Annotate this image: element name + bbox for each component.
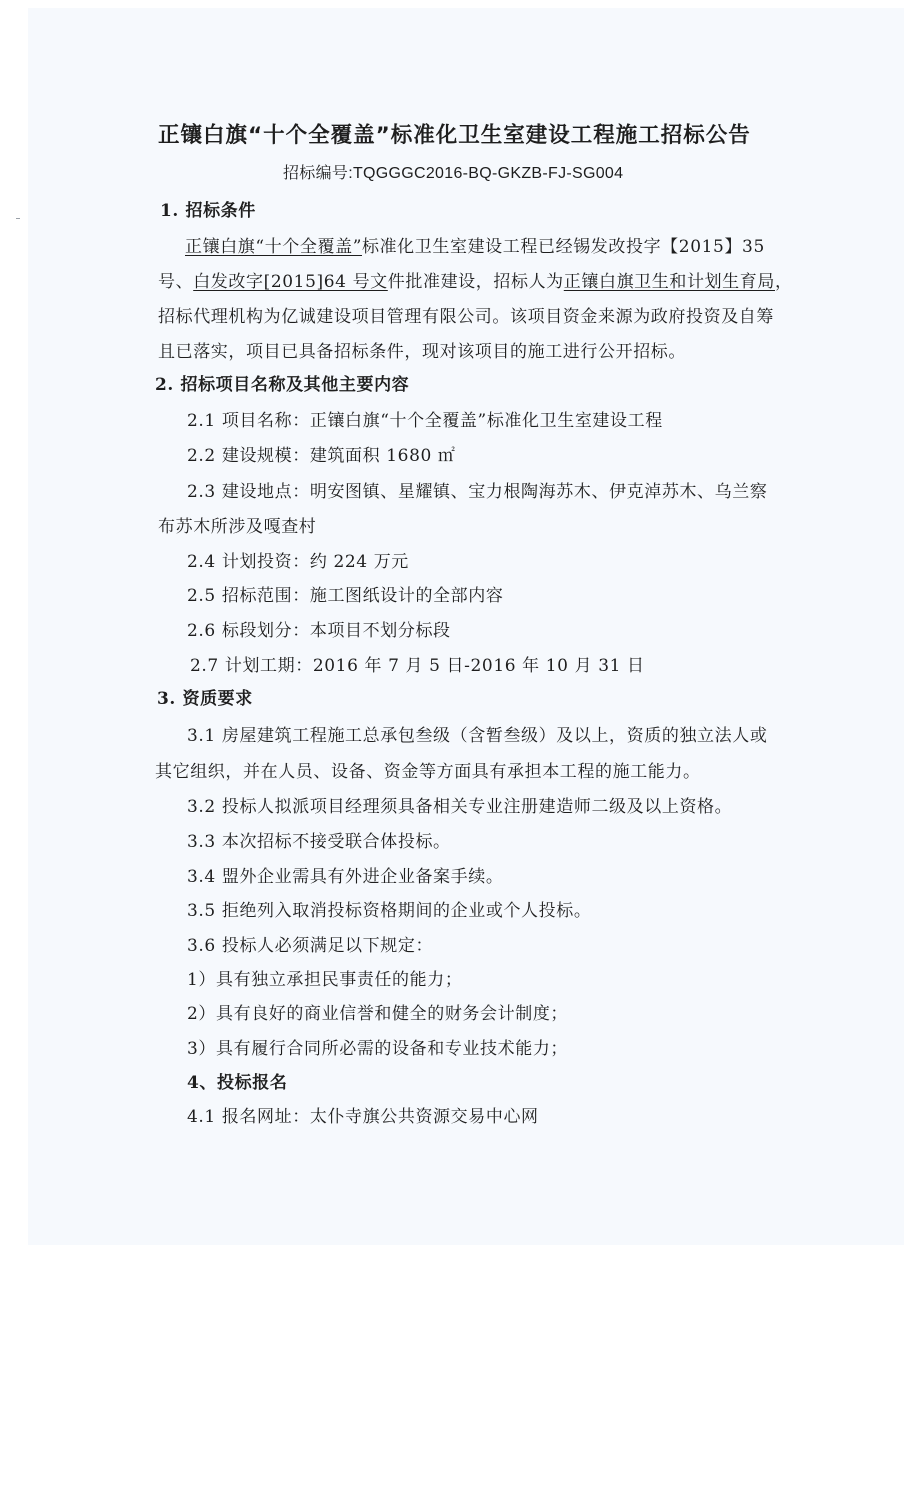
item-2-1: 2.1 项目名称：正镶白旗“十个全覆盖”标准化卫生室建设工程 <box>187 411 663 431</box>
item-2-6: 2.6 标段划分：本项目不划分标段 <box>187 621 451 641</box>
item-3-6-rule-2: 2）具有良好的商业信誉和健全的财务会计制度； <box>187 1004 568 1024</box>
approval-reference-text: 标准化卫生室建设工程已经锡发改投字【2015】35 <box>362 237 765 257</box>
section-1-paragraph-line-2: 号、白发改字[2015]64 号文件批准建设，招标人为正镶白旗卫生和计划生育局， <box>158 272 793 292</box>
section-2-heading: 2. 招标项目名称及其他主要内容 <box>155 375 409 395</box>
tender-announcement-document: 正镶白旗“十个全覆盖”标准化卫生室建设工程施工招标公告 招标编号:TQGGGC2… <box>0 0 910 1500</box>
text-fragment: ， <box>775 272 793 292</box>
tender-number: 招标编号:TQGGGC2016-BQ-GKZB-FJ-SG004 <box>283 164 623 184</box>
item-3-1-continued: 其它组织，并在人员、设备、资金等方面具有承担本工程的施工能力。 <box>155 762 701 782</box>
item-3-6-rule-3: 3）具有履行合同所必需的设备和专业技术能力； <box>187 1039 568 1059</box>
item-3-1: 3.1 房屋建筑工程施工总承包叁级（含暂叁级）及以上，资质的独立法人或 <box>187 726 767 746</box>
section-1-paragraph-line-1: 正镶白旗“十个全覆盖”标准化卫生室建设工程已经锡发改投字【2015】35 <box>185 237 765 257</box>
project-name-underlined: 正镶白旗“十个全覆盖” <box>185 237 362 257</box>
item-3-6-rule-1: 1）具有独立承担民事责任的能力； <box>187 970 462 990</box>
tenderer-underlined: 正镶白旗卫生和计划生育局 <box>564 272 775 292</box>
item-2-2: 2.2 建设规模：建筑面积 1680 ㎡ <box>187 446 456 466</box>
item-2-7: 2.7 计划工期：2016 年 7 月 5 日-2016 年 10 月 31 日 <box>190 656 645 676</box>
text-fragment: 号、 <box>158 272 193 292</box>
text-fragment: 件批准建设，招标人为 <box>388 272 564 292</box>
section-4-heading: 4、投标报名 <box>187 1073 287 1093</box>
section-3-heading: 3. 资质要求 <box>157 689 253 709</box>
item-2-4: 2.4 计划投资：约 224 万元 <box>187 552 409 572</box>
item-3-3: 3.3 本次招标不接受联合体投标。 <box>187 832 451 852</box>
section-1-heading: 1. 招标条件 <box>160 201 256 221</box>
item-2-5: 2.5 招标范围：施工图纸设计的全部内容 <box>187 586 503 606</box>
document-title: 正镶白旗“十个全覆盖”标准化卫生室建设工程施工招标公告 <box>158 122 751 150</box>
item-3-5: 3.5 拒绝列入取消投标资格期间的企业或个人投标。 <box>187 901 591 921</box>
section-1-paragraph-line-4: 且已落实，项目已具备招标条件，现对该项目的施工进行公开招标。 <box>158 342 686 362</box>
item-3-2: 3.2 投标人拟派项目经理须具备相关专业注册建造师二级及以上资格。 <box>187 797 732 817</box>
item-2-3: 2.3 建设地点：明安图镇、星耀镇、宝力根陶海苏木、伊克淖苏木、乌兰察 <box>187 482 767 502</box>
item-2-3-continued: 布苏木所涉及嘎查村 <box>158 517 316 537</box>
item-3-6: 3.6 投标人必须满足以下规定： <box>187 936 433 956</box>
item-4-1: 4.1 报名网址：太仆寺旗公共资源交易中心网 <box>187 1107 539 1127</box>
item-3-4: 3.4 盟外企业需具有外进企业备案手续。 <box>187 867 503 887</box>
section-1-paragraph-line-3: 招标代理机构为亿诚建设项目管理有限公司。该项目资金来源为政府投资及自筹 <box>158 307 774 327</box>
approval-document-underlined: 白发改字[2015]64 号文 <box>193 272 388 292</box>
